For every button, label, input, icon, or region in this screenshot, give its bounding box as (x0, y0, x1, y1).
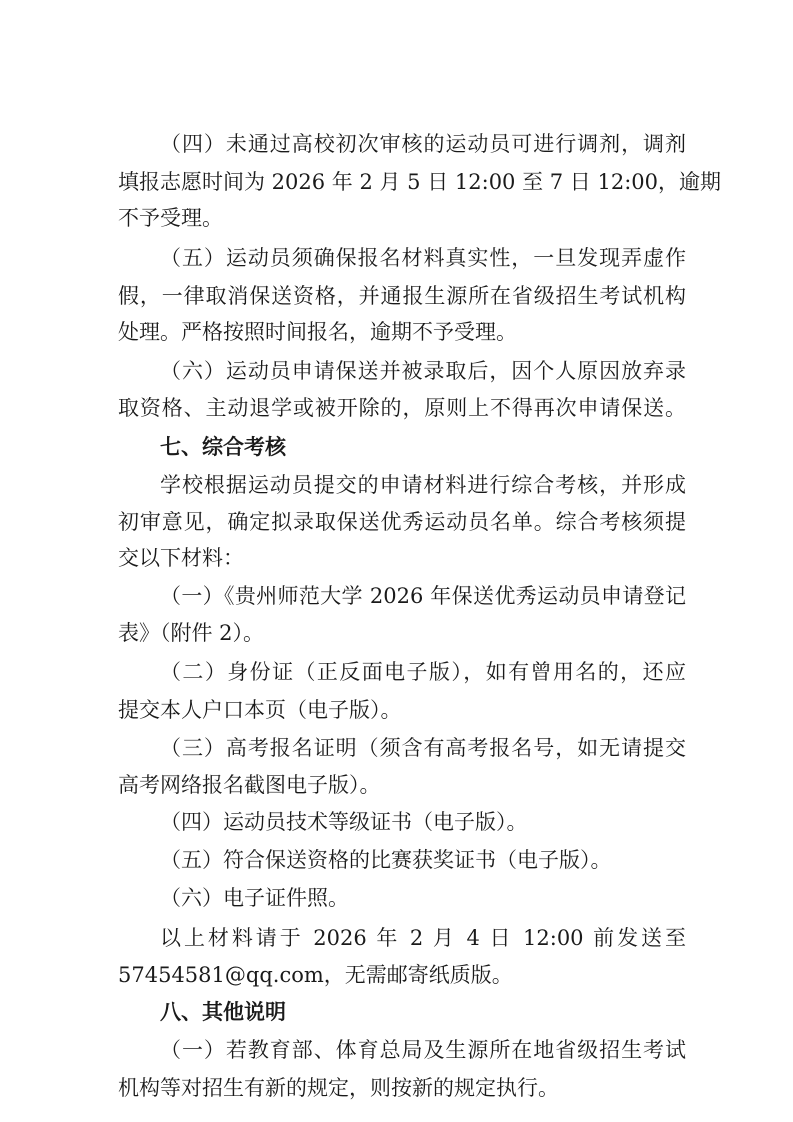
item-1-line-1: （一）《贵州师范大学 2026 年保送优秀运动员申请登记 (160, 583, 686, 609)
para-7-line-1: 学校根据运动员提交的申请材料进行综合考核，并形成 (160, 472, 686, 498)
para-6-line-1: （六）运动员申请保送并被录取后，因个人原因放弃录 (160, 358, 686, 384)
para-4-line-2: 填报志愿时间为 2026 年 2 月 5 日 12:00 至 7 日 12:00… (118, 169, 686, 195)
para-7-line-2: 初审意见，确定拟录取保送优秀运动员名单。综合考核须提 (118, 509, 686, 535)
item-5-line-1: （五）符合保送资格的比赛获奖证书（电子版）。 (160, 847, 686, 873)
para-5-line-2: 假，一律取消保送资格，并通报生源所在省级招生考试机构 (118, 283, 686, 309)
item-6-line-1: （六）电子证件照。 (160, 885, 686, 911)
para-4-line-3: 不予受理。 (118, 205, 686, 231)
para-7-line-3: 交以下材料： (118, 545, 686, 571)
para-8-1-line-2: 机构等对招生有新的规定，则按新的规定执行。 (118, 1075, 686, 1101)
submit-line-2: 57454581@qq.com，无需邮寄纸质版。 (118, 962, 686, 988)
document-page: （四）未通过高校初次审核的运动员可进行调剂，调剂 填报志愿时间为 2026 年 … (0, 0, 793, 1122)
section-heading-8: 八、其他说明 (160, 999, 686, 1025)
submit-line-1: 以上材料请于 2026 年 2 月 4 日 12:00 前发送至 (160, 925, 686, 951)
item-2-line-1: （二）身份证（正反面电子版），如有曾用名的，还应 (160, 659, 686, 685)
item-3-line-2: 高考网络报名截图电子版）。 (118, 772, 686, 798)
item-4-line-1: （四）运动员技术等级证书（电子版）。 (160, 809, 686, 835)
item-2-line-2: 提交本人户口本页（电子版）。 (118, 697, 686, 723)
para-5-line-3: 处理。严格按照时间报名，逾期不予受理。 (118, 319, 686, 345)
section-heading-7: 七、综合考核 (160, 434, 686, 460)
item-1-line-2: 表》（附件 2）。 (118, 620, 686, 646)
para-8-1-line-1: （一）若教育部、体育总局及生源所在地省级招生考试 (160, 1037, 686, 1063)
para-5-line-1: （五）运动员须确保报名材料真实性，一旦发现弄虚作 (160, 245, 686, 271)
item-3-line-1: （三）高考报名证明（须含有高考报名号，如无请提交 (160, 735, 686, 761)
para-4-line-1: （四）未通过高校初次审核的运动员可进行调剂，调剂 (160, 131, 686, 157)
para-6-line-2: 取资格、主动退学或被开除的，原则上不得再次申请保送。 (118, 395, 686, 421)
